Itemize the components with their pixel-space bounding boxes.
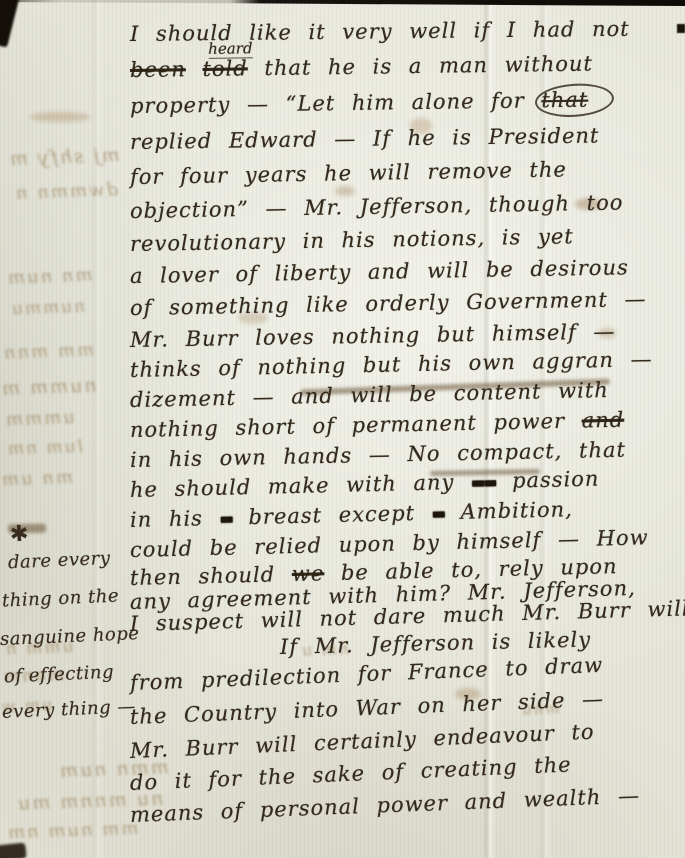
paper-stain (30, 112, 90, 122)
manuscript-text: Ambition, (444, 497, 573, 524)
bleedthrough-fragment: numm m (0, 376, 97, 398)
interlined-insertion: heard (208, 41, 252, 59)
footnote-asterisk: ✱ (10, 524, 30, 547)
manuscript-text: in his (130, 506, 220, 532)
bleedthrough-fragment: mn num (6, 266, 93, 287)
bleedthrough-fragment: lum nm (6, 439, 84, 459)
struck-word: we (292, 561, 325, 586)
ink-blot-deletion: ▬ (432, 504, 445, 522)
bleedthrough-fragment: mn um (0, 469, 73, 490)
letter-page: { "letter": { "description": "handwritte… (0, 0, 685, 858)
bleedthrough-fragment: mm mnn (2, 341, 95, 362)
manuscript-text: that he is a man without (248, 52, 593, 81)
bleedthrough-fragment: mj shfy m (8, 146, 120, 169)
margin-note-line: thing on the (2, 587, 120, 610)
margin-note-line: of effecting (4, 664, 115, 687)
bleedthrough-fragment: ummm (4, 409, 75, 429)
manuscript-text: passion (495, 467, 600, 494)
struck-word: been (130, 57, 186, 82)
struck-word: and (581, 408, 624, 433)
looped-deletion: that (541, 88, 588, 113)
manuscript-text (186, 57, 203, 81)
bleedthrough-fragment: dwmmn n (14, 181, 119, 203)
struck-word: told (202, 56, 248, 81)
margin-note-line: dare every (8, 550, 111, 572)
scan-edge-notch (677, 24, 685, 33)
ink-blot-deletion: ▬▬ (471, 473, 496, 492)
scan-corner-mark (0, 842, 27, 858)
manuscript-line: I should like it very well if I had not (130, 19, 630, 45)
manuscript-text: breast except (231, 501, 432, 530)
bleedthrough-fragment: nummu (10, 299, 86, 319)
bleedthrough-fragment: mm num nm (6, 820, 139, 843)
ink-blot-deletion: ▬ (219, 510, 232, 528)
